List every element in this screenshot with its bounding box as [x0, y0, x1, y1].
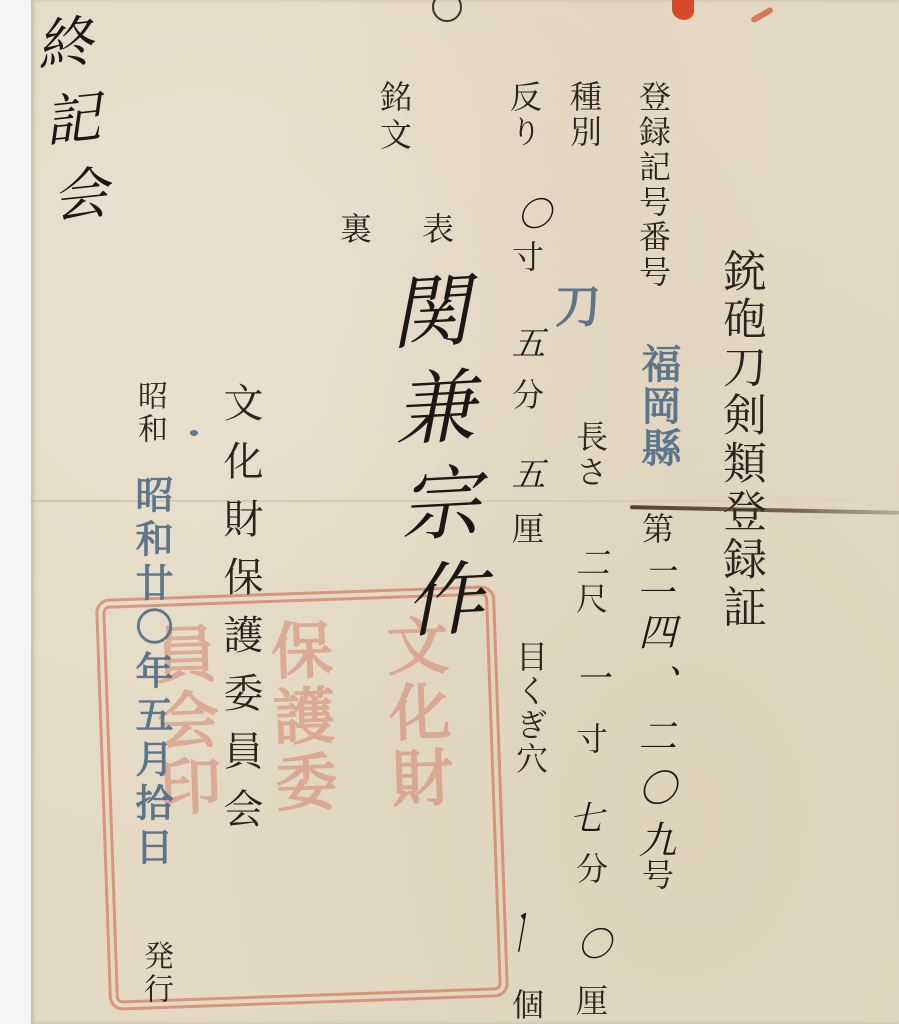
length-label: 長さ — [574, 420, 606, 490]
registration-number-suffix: 号 — [640, 858, 672, 893]
curvature-bu-unit: 分 — [510, 378, 542, 413]
curvature-bu-value: 五 — [508, 325, 542, 359]
curvature-sun-unit: 寸 — [510, 240, 542, 275]
issuer-name: 文化財保護委員会 — [220, 382, 260, 846]
red-ink-mark — [672, 0, 694, 20]
length-shaku-value: 二 — [572, 545, 606, 579]
document-title: 銃砲刀剣類登録証 — [718, 248, 762, 632]
length-sun-value: 一 — [572, 660, 606, 694]
inscription-label: 銘文 — [378, 80, 410, 156]
blue-ink-dot — [190, 430, 198, 436]
seal-column: 文化財 — [379, 613, 457, 975]
curvature-sun-value: 〇 — [514, 196, 548, 230]
type-value-stamp: 刀 — [552, 282, 598, 328]
length-sun-unit: 寸 — [574, 722, 606, 757]
inscription-back-label: 裏 — [338, 212, 370, 247]
prefecture-stamp: 福岡縣 — [638, 343, 678, 469]
seal-column: 保護委 — [263, 617, 341, 979]
length-bu-unit: 分 — [574, 852, 606, 887]
issue-date-era: 昭和 — [134, 380, 164, 446]
inscription-front-label: 表 — [420, 212, 452, 247]
inscription-front-value: 関兼宗作 — [380, 268, 480, 656]
curvature-label: 反り — [508, 80, 540, 150]
curvature-rin-value: 五 — [508, 456, 542, 490]
issue-date-suffix: 発行 — [140, 940, 170, 1006]
registration-number-prefix: 第 — [640, 512, 672, 547]
length-bu-value: 七 — [566, 800, 600, 834]
length-rin-value: 〇 — [574, 926, 608, 960]
length-rin-unit: 厘 — [574, 984, 606, 1019]
curvature-rin-unit: 厘 — [510, 512, 542, 547]
mekugi-ana-label: 目くぎ穴 — [514, 640, 546, 776]
registration-number-handwritten: 二四、二〇九 — [635, 560, 673, 872]
length-shaku-unit: 尺 — [574, 582, 606, 617]
registration-label: 登録記号番号 — [637, 80, 669, 290]
type-label: 種別 — [568, 80, 600, 150]
certificate-scan: 終記会 銃砲刀剣類登録証 登録記号番号 福岡縣 第 二四、二〇九 号 種別 刀 … — [0, 0, 899, 1024]
mekugi-ana-unit: 個 — [510, 988, 542, 1023]
issue-date-stamp: 昭和廿〇年五月拾日 — [132, 475, 170, 871]
